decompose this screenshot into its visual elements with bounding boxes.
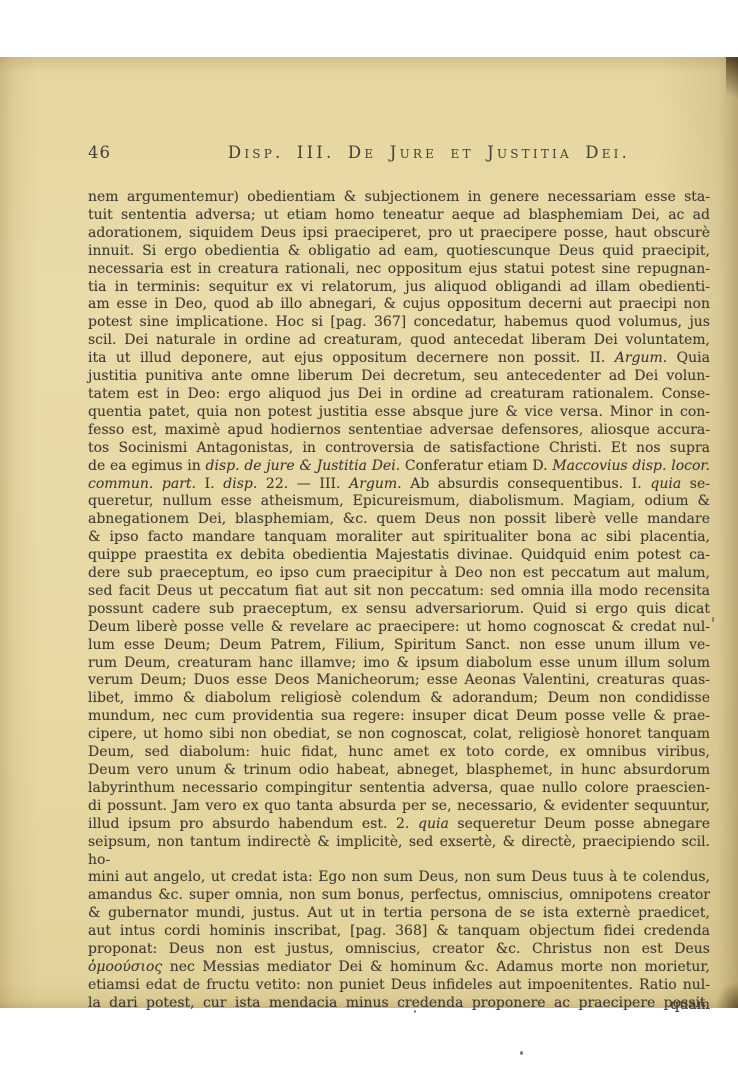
text-line: abnegationem Dei, blasphemiam, &c. quem … [88, 511, 710, 529]
text-line: dere sub praeceptum, eo ipso cum praecip… [88, 565, 710, 583]
text-line: fesso est, maximè apud hodiernos sentent… [88, 422, 710, 440]
text-line: ita ut illud deponere, aut ejus oppositu… [88, 350, 710, 368]
catchword: quam [88, 997, 710, 1013]
text-line: tos Socinismi Antagonistas, in controver… [88, 440, 710, 458]
text-line: aut intus cordi hominis inscribat, [pag.… [88, 923, 710, 941]
text-line: innuit. Si ergo obedientia & obligatio a… [88, 243, 710, 261]
text-line: quippe praestita ex debita obedientia Ma… [88, 547, 710, 565]
text-line: possunt cadere sub praeceptum, ex sensu … [88, 601, 710, 619]
text-line: Deum vero unum & trinum odio habeat, abn… [88, 762, 710, 780]
text-line: tatem est in Deo: ergo aliquod jus Dei i… [88, 386, 710, 404]
text-line: necessaria est in creatura rationali, ne… [88, 261, 710, 279]
text-line: mundum, nec cum providentia sua regere: … [88, 708, 710, 726]
text-line: adorationem, siquidem Deus ipsi praecipe… [88, 225, 710, 243]
scanned-book-page: 46 Disp. III. De Jure et Justitia Dei. n… [0, 0, 738, 1068]
text-line: & ipso facto mandare tanquam moraliter a… [88, 529, 710, 547]
text-line: libet, immo & diabolum religiosè colendu… [88, 690, 710, 708]
running-header: Disp. III. De Jure et Justitia Dei. [118, 143, 738, 162]
text-line: Deum liberè posse velle & revelare ac pr… [88, 619, 710, 637]
text-line: verum Deum; Duos esse Deos Manicheorum; … [88, 672, 710, 690]
text-line: de ea egimus in disp. de jure & Justitia… [88, 458, 710, 476]
text-line: mini aut angelo, ut credat ista: Ego non… [88, 869, 710, 887]
text-line: etiamsi edat de fructu vetito: non punie… [88, 977, 710, 995]
text-line: scil. Dei naturale in ordine ad creatura… [88, 332, 710, 350]
paper-scan-background: 46 Disp. III. De Jure et Justitia Dei. n… [0, 57, 738, 1008]
text-line: nem argumentemur) obedientiam & subjecti… [88, 189, 710, 207]
text-line: commun. part. I. disp. 22. — III. Argum.… [88, 476, 710, 494]
text-line: tuit sententia adversa; ut etiam homo te… [88, 207, 710, 225]
page-number: 46 [88, 143, 111, 162]
text-line: lum esse Deum; Deum Patrem, Filium, Spir… [88, 637, 710, 655]
scan-speck [520, 1051, 523, 1055]
body-text: nem argumentemur) obedientiam & subjecti… [88, 189, 710, 1013]
text-line: ὁμοούσιος nec Messias mediator Dei & hom… [88, 959, 710, 977]
scan-speck [414, 1010, 416, 1013]
text-line: tia in terminis: sequitur ex vi relatoru… [88, 279, 710, 297]
text-line: proponat: Deus non est justus, omniscius… [88, 941, 710, 959]
text-line: potest sine implicatione. Hoc si [pag. 3… [88, 314, 710, 332]
text-line: cipere, ut homo sibi non obediat, se non… [88, 726, 710, 744]
text-line: seipsum, non tantum indirectè & implicit… [88, 834, 710, 870]
text-line: & gubernator mundi, justus. Aut ut in te… [88, 905, 710, 923]
text-line: Deum, sed diabolum: huic fidat, hunc ame… [88, 744, 710, 762]
text-line: labyrinthum necessario compingitur sente… [88, 780, 710, 798]
text-line: illud ipsum pro absurdo habendum est. 2.… [88, 816, 710, 834]
text-line: queretur, nullum esse atheismum, Epicure… [88, 493, 710, 511]
text-line: am esse in Deo, quod ab illo abnegari, &… [88, 296, 710, 314]
text-line: amandus &c. super omnia, non sum bonus, … [88, 887, 710, 905]
scan-speck [712, 617, 714, 622]
text-line: quentia patet, quia non potest justitia … [88, 404, 710, 422]
text-line: sed facit Deus ut peccatum fiat aut sit … [88, 583, 710, 601]
text-line: justitia punitiva ante omne liberum Dei … [88, 368, 710, 386]
text-line: di possunt. Jam vero ex quo tanta absurd… [88, 798, 710, 816]
text-line: rum Deum, creaturam hanc illamve; imo & … [88, 655, 710, 673]
